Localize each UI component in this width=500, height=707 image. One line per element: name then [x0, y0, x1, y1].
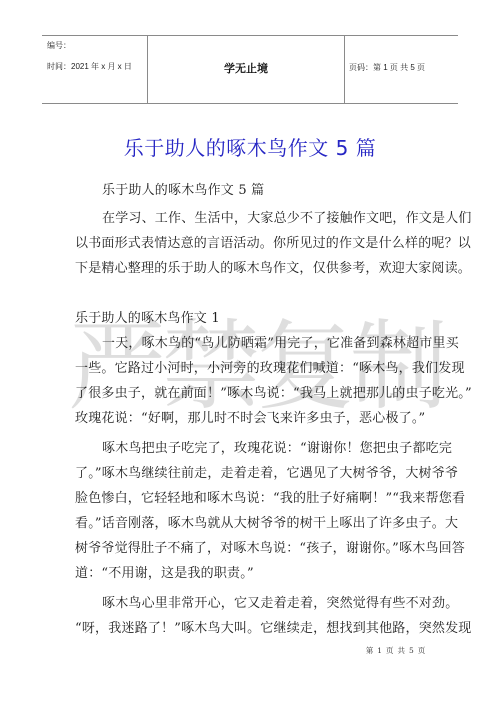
body-line: 了。”啄木鸟继续往前走，走着走着，它遇见了大树爷爷，大树爷爷 [75, 461, 458, 486]
body-line: 脸色惨白，它轻轻地和啄木鸟说：“我的肚子好痛啊！”“我来帮您看 [75, 486, 465, 511]
body-line: 啄木鸟心里非常开心，它又走着走着，突然觉得有些不对劲。 [102, 591, 458, 616]
header-motto: 学无止境 [148, 60, 344, 76]
body-subtitle: 乐于助人的啄木鸟作文 5 篇 [102, 178, 264, 203]
body-line: 一天，啄木鸟的“鸟儿防晒霜”用完了，它准备到森林超市里买 [102, 331, 459, 356]
body-line: 在学习、工作、生活中，大家总少不了接触作文吧，作文是人们 [102, 206, 472, 231]
body-line: 以书面形式表情达意的言语活动。你所见过的作文是什么样的呢？以 [75, 231, 471, 256]
header-right-cell: 页码：第 1 页 共 5 页 [345, 36, 458, 103]
body-line: 看。”话音刚落，啄木鸟就从大树爷爷的树干上啄出了许多虫子。大 [75, 511, 458, 536]
body-line: 玫瑰花说：“好啊，那儿时不时会飞来许多虫子，恶心极了。” [75, 406, 425, 431]
section-heading: 乐于助人的啄木鸟作文 1 [75, 306, 220, 331]
header-page-info: 页码：第 1 页 共 5 页 [349, 62, 425, 73]
body-line: 下是精心整理的乐于助人的啄木鸟作文，仅供参考，欢迎大家阅读。 [75, 256, 471, 281]
header-middle-cell: 学无止境 [148, 36, 345, 103]
body-line: “呀，我迷路了！”啄木鸟大叫。它继续走，想找到其他路，突然发现 [75, 616, 472, 641]
header-left-cell: 编号： 时间：2021 年 x 月 x 日 [42, 36, 148, 103]
document-header-table: 编号： 时间：2021 年 x 月 x 日 学无止境 页码：第 1 页 共 5 … [42, 35, 458, 104]
number-label: 编号： [47, 40, 71, 51]
body-line: 树爷爷觉得肚子不痛了，对啄木鸟说：“孩子，谢谢你。”啄木鸟回答 [75, 536, 465, 561]
body-line: 一些。它路过小河时，小河旁的玫瑰花们喊道：“啄木鸟，我们发现 [75, 356, 465, 381]
document-title: 乐于助人的啄木鸟作文 5 篇 [0, 132, 500, 161]
body-line: 了很多虫子，就在前面！”啄木鸟说：“我马上就把那儿的虫子吃光。” [75, 381, 472, 406]
body-line: 啄木鸟把虫子吃完了，玫瑰花说：“谢谢你！您把虫子都吃完 [102, 436, 452, 461]
body-line: 道：“不用谢，这是我的职责。” [75, 561, 254, 586]
time-label: 时间：2021 年 x 月 x 日 [47, 61, 132, 72]
footer-page-number: 第 1 页 共 5 页 [366, 645, 426, 656]
